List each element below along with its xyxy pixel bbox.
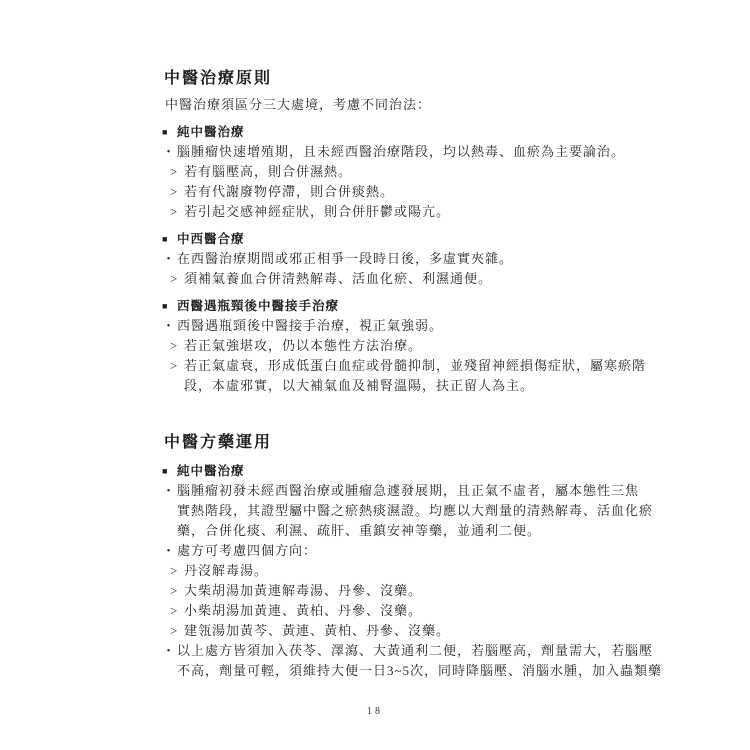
arrow-bullet-icon: > (170, 356, 184, 376)
arrow-bullet-icon: > (170, 621, 184, 641)
arrow-bullet-icon: > (170, 202, 184, 222)
line-text: 藥，合併化痰、利濕、疏肝、重鎮安神等藥，並通利二便。 (177, 521, 541, 541)
line-text: 建瓴湯加黃芩、黃連、黃柏、丹參、沒藥。 (184, 621, 450, 641)
text-line: >丹沒解毒湯。 (170, 561, 630, 581)
arrow-bullet-icon: > (170, 162, 184, 182)
line-text: 腦腫瘤快速增殖期，且未經西醫治療階段，均以熱毒、血瘀為主要論治。 (177, 142, 625, 162)
text-line: >若引起交感神經症狀，則合併肝鬱或陽亢。 (170, 202, 630, 222)
line-text: 在西醫治療期間或邪正相爭一段時日後，多虛實夾雜。 (177, 249, 513, 269)
text-line: ・腦腫瘤初發未經西醫治療或腫瘤急遽發展期，且正氣不虛者，屬本態性三焦 (162, 481, 630, 501)
text-line: >若有腦壓高，則合併濕熱。 (170, 162, 630, 182)
subsection-heading: ■西醫遇瓶頸後中醫接手治療 (162, 296, 630, 316)
section-title: 中醫方藥運用 (164, 432, 630, 454)
arrow-bullet-icon: > (170, 601, 184, 621)
page-number: 18 (0, 706, 750, 717)
line-text: 大柴胡湯加黃連解毒湯、丹參、沒藥。 (184, 581, 422, 601)
dot-bullet-icon: ・ (162, 316, 177, 336)
line-text: 小柴胡湯加黃連、黃柏、丹參、沒藥。 (184, 601, 422, 621)
arrow-bullet-icon: > (170, 561, 184, 581)
text-line: >建瓴湯加黃芩、黃連、黃柏、丹參、沒藥。 (170, 621, 630, 641)
line-text: 不高，劑量可輕，須維持大便一日3~5次，同時降腦壓、消腦水腫，加入蟲類藥 (177, 661, 662, 681)
line-text: 若引起交感神經症狀，則合併肝鬱或陽亢。 (184, 202, 450, 222)
line-text: 實熱階段，其證型屬中醫之瘀熱痰濕證。均應以大劑量的清熱解毒、活血化瘀 (177, 501, 653, 521)
text-line: ・西醫遇瓶頸後中醫接手治療，視正氣強弱。 (162, 316, 630, 336)
line-text: 腦腫瘤初發未經西醫治療或腫瘤急遽發展期，且正氣不虛者，屬本態性三焦 (177, 481, 639, 501)
text-line: >若有代謝廢物停滯，則合併痰熱。 (170, 182, 630, 202)
line-text: 以上處方皆須加入茯苓、澤瀉、大黃通利二便，若腦壓高，劑量需大，若腦壓 (177, 641, 653, 661)
square-bullet-icon: ■ (162, 296, 177, 316)
text-line: 實熱階段，其證型屬中醫之瘀熱痰濕證。均應以大劑量的清熱解毒、活血化瘀 (177, 501, 630, 521)
line-text: 若有腦壓高，則合併濕熱。 (184, 162, 352, 182)
text-line: ・處方可考慮四個方向： (162, 541, 630, 561)
arrow-bullet-icon: > (170, 269, 184, 289)
text-line: ・以上處方皆須加入茯苓、澤瀉、大黃通利二便，若腦壓高，劑量需大，若腦壓 (162, 641, 630, 661)
text-line: >大柴胡湯加黃連解毒湯、丹參、沒藥。 (170, 581, 630, 601)
text-line: ・在西醫治療期間或邪正相爭一段時日後，多虛實夾雜。 (162, 249, 630, 269)
text-line: 中醫治療須區分三大處境，考慮不同治法： (165, 95, 630, 115)
line-text: 西醫遇瓶頸後中醫接手治療，視正氣強弱。 (177, 316, 443, 336)
section-body: 中醫治療須區分三大處境，考慮不同治法：■純中醫治療・腦腫瘤快速增殖期，且未經西醫… (162, 95, 630, 396)
subsection-heading: ■純中醫治療 (162, 461, 630, 481)
section-treatment-principles: 中醫治療原則 中醫治療須區分三大處境，考慮不同治法：■純中醫治療・腦腫瘤快速增殖… (162, 68, 630, 396)
square-bullet-icon: ■ (162, 122, 177, 142)
document-page: 中醫治療原則 中醫治療須區分三大處境，考慮不同治法：■純中醫治療・腦腫瘤快速增殖… (0, 0, 750, 750)
line-text: 純中醫治療 (177, 461, 245, 481)
square-bullet-icon: ■ (162, 461, 177, 481)
arrow-bullet-icon: > (170, 581, 184, 601)
line-text: 段，本虛邪實，以大補氣血及補腎溫陽，扶正留人為主。 (184, 376, 534, 396)
section-title: 中醫治療原則 (164, 68, 630, 90)
text-line: >若正氣強堪攻，仍以本態性方法治療。 (170, 336, 630, 356)
dot-bullet-icon: ・ (162, 481, 177, 501)
line-text: 西醫遇瓶頸後中醫接手治療 (177, 296, 339, 316)
dot-bullet-icon: ・ (162, 641, 177, 661)
text-line: 段，本虛邪實，以大補氣血及補腎溫陽，扶正留人為主。 (184, 376, 630, 396)
arrow-bullet-icon: > (170, 182, 184, 202)
line-text: 須補氣養血合併清熱解毒、活血化瘀、利濕通便。 (184, 269, 492, 289)
line-text: 純中醫治療 (177, 122, 245, 142)
dot-bullet-icon: ・ (162, 249, 177, 269)
section-body: ■純中醫治療・腦腫瘤初發未經西醫治療或腫瘤急遽發展期，且正氣不虛者，屬本態性三焦… (162, 461, 630, 681)
line-text: 處方可考慮四個方向： (177, 541, 317, 561)
line-text: 若有代謝廢物停滯，則合併痰熱。 (184, 182, 394, 202)
text-line: 不高，劑量可輕，須維持大便一日3~5次，同時降腦壓、消腦水腫，加入蟲類藥 (177, 661, 630, 681)
arrow-bullet-icon: > (170, 336, 184, 356)
line-text: 中西醫合療 (177, 229, 245, 249)
line-text: 丹沒解毒湯。 (184, 561, 268, 581)
subsection-heading: ■中西醫合療 (162, 229, 630, 249)
subsection-heading: ■純中醫治療 (162, 122, 630, 142)
text-line: ・腦腫瘤快速增殖期，且未經西醫治療階段，均以熱毒、血瘀為主要論治。 (162, 142, 630, 162)
dot-bullet-icon: ・ (162, 142, 177, 162)
line-text: 若正氣強堪攻，仍以本態性方法治療。 (184, 336, 422, 356)
square-bullet-icon: ■ (162, 229, 177, 249)
text-line: 藥，合併化痰、利濕、疏肝、重鎮安神等藥，並通利二便。 (177, 521, 630, 541)
text-line: >須補氣養血合併清熱解毒、活血化瘀、利濕通便。 (170, 269, 630, 289)
text-line: >若正氣虛衰，形成低蛋白血症或骨髓抑制，並殘留神經損傷症狀，屬寒瘀階 (170, 356, 630, 376)
section-formula-usage: 中醫方藥運用 ■純中醫治療・腦腫瘤初發未經西醫治療或腫瘤急遽發展期，且正氣不虛者… (162, 432, 630, 681)
line-text: 中醫治療須區分三大處境，考慮不同治法： (165, 95, 431, 115)
dot-bullet-icon: ・ (162, 541, 177, 561)
line-text: 若正氣虛衰，形成低蛋白血症或骨髓抑制，並殘留神經損傷症狀，屬寒瘀階 (184, 356, 646, 376)
text-line: >小柴胡湯加黃連、黃柏、丹參、沒藥。 (170, 601, 630, 621)
